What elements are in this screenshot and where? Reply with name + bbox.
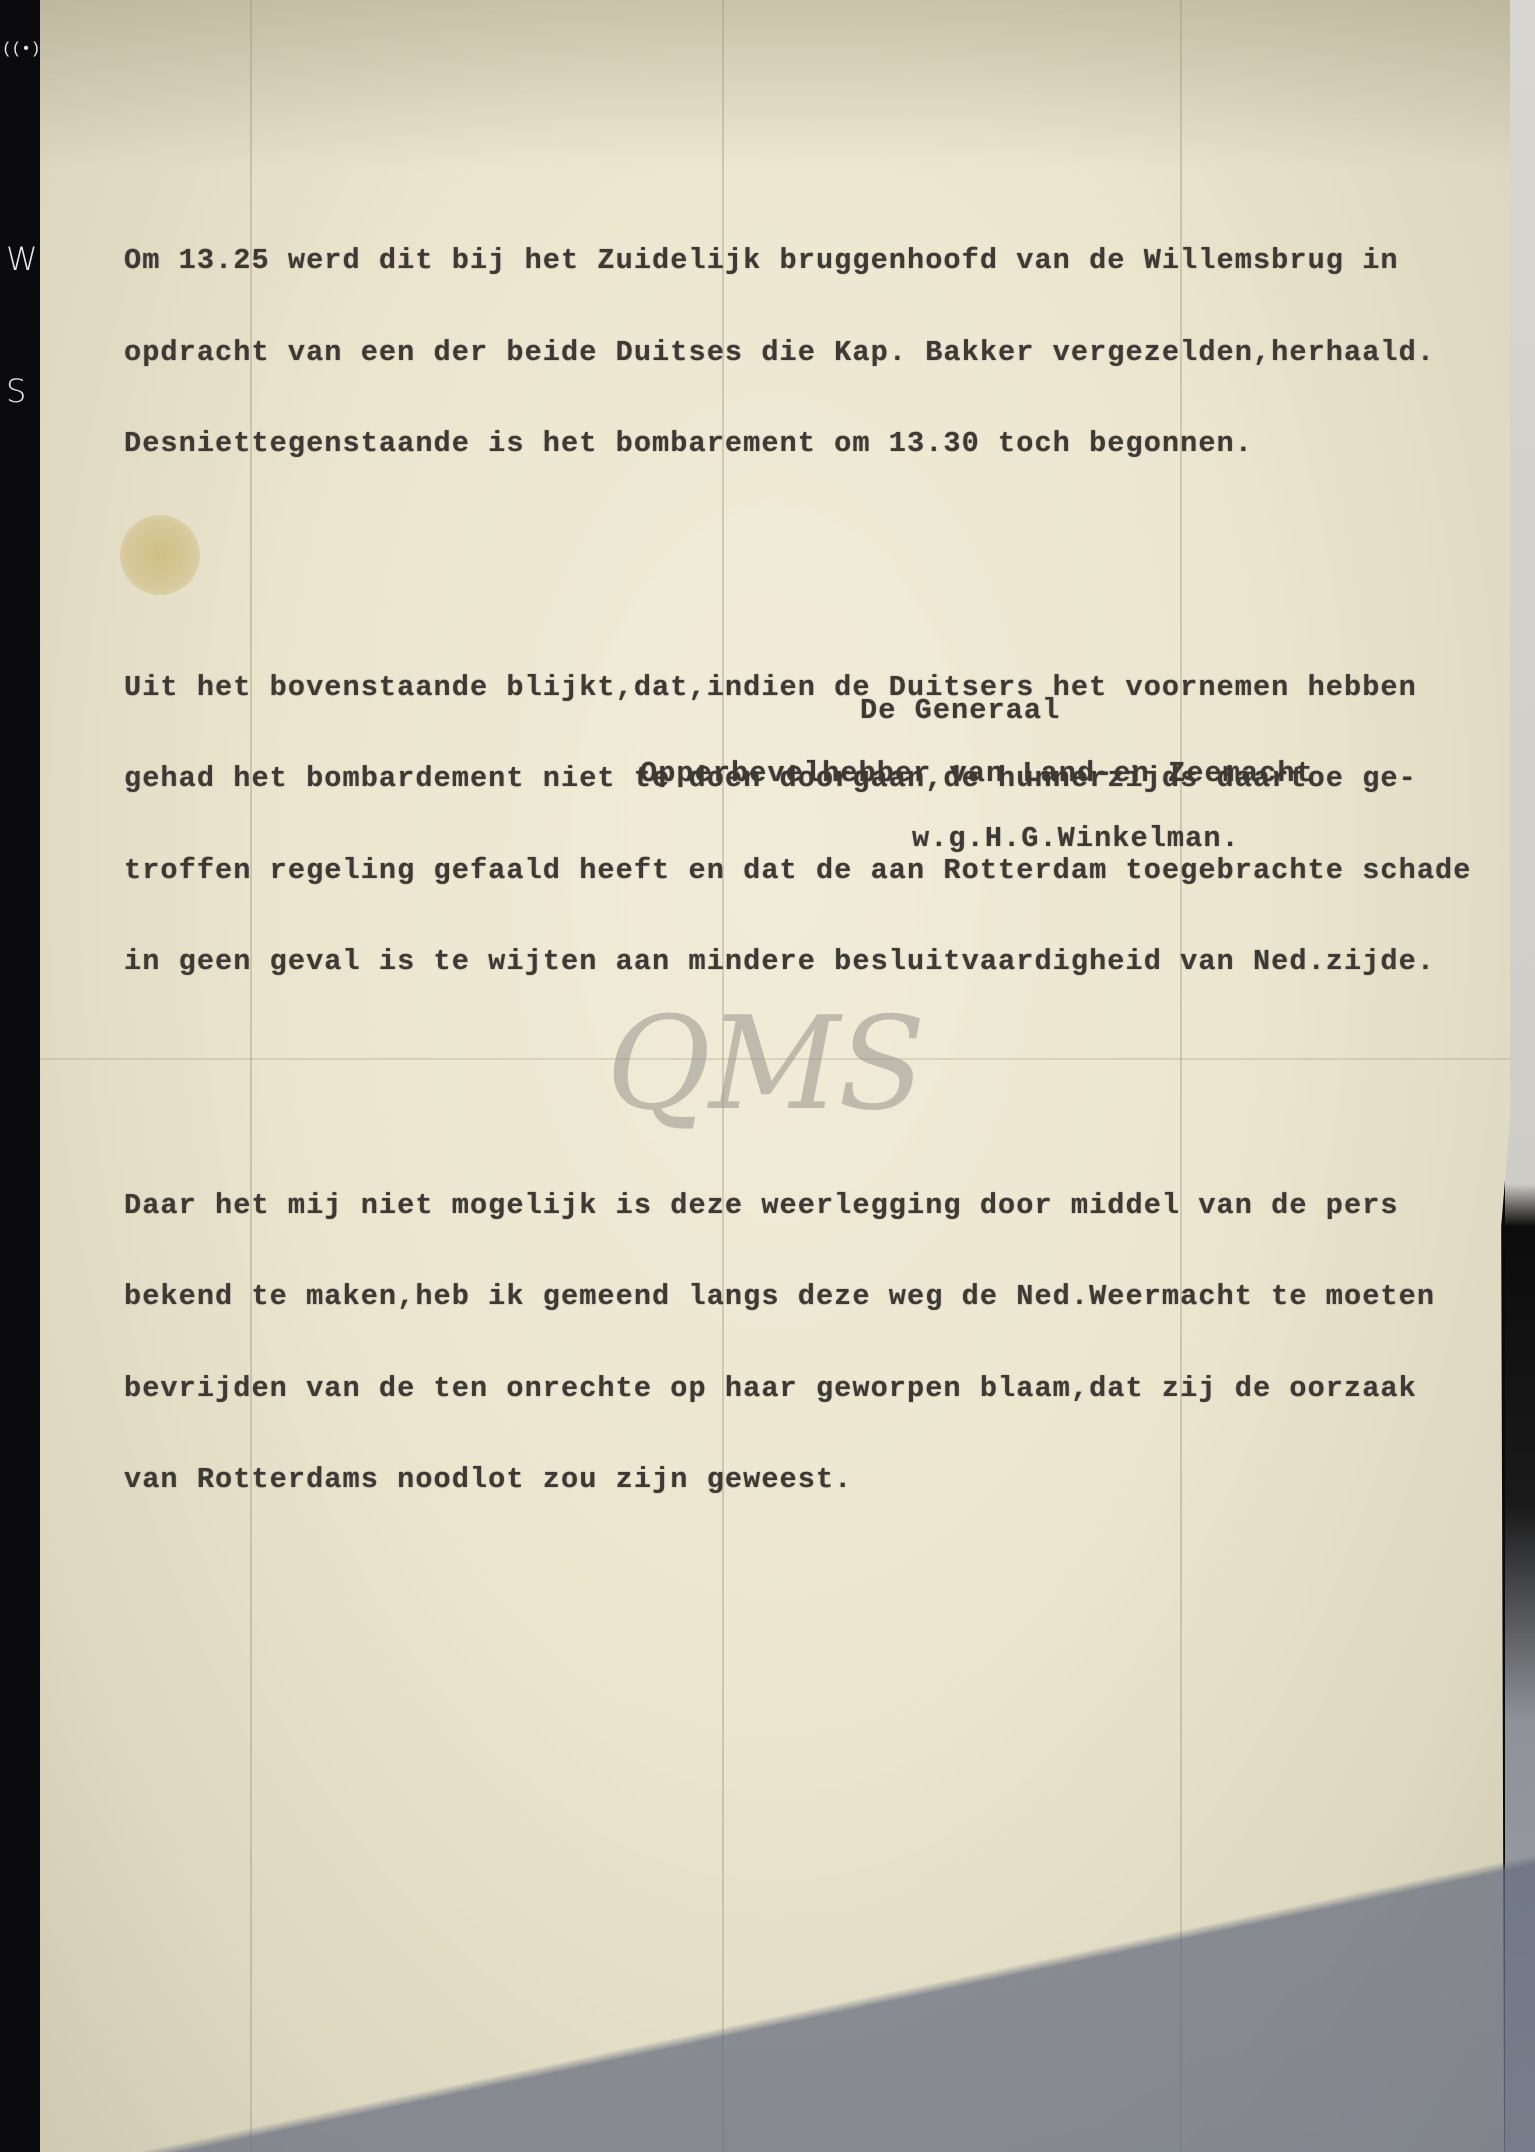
signature-title: De Generaal bbox=[860, 694, 1060, 727]
text-line: Daar het mij niet mogelijk is deze weerl… bbox=[124, 1191, 1524, 1222]
signature-name: w.g.H.G.Winkelman. bbox=[912, 822, 1240, 855]
signature-role: Opperbevelhebber van Land-en Zeemacht bbox=[640, 757, 1314, 790]
text-line: in geen geval is te wijten aan mindere b… bbox=[124, 947, 1524, 978]
text-line: bekend te maken,heb ik gemeend langs dez… bbox=[124, 1282, 1524, 1313]
paragraph-2: Uit het bovenstaande blijkt,dat,indien d… bbox=[124, 612, 1524, 1039]
background-letter: S bbox=[6, 372, 26, 410]
text-line: bevrijden van de ten onrechte op haar ge… bbox=[124, 1374, 1524, 1405]
background-screen: ((•)) W S bbox=[0, 0, 40, 2152]
letter-body: Om 13.25 werd dit bij het Zuidelijk brug… bbox=[124, 124, 1524, 1617]
text-line: opdracht van een der beide Duitses die K… bbox=[124, 338, 1524, 369]
text-line: van Rotterdams noodlot zou zijn geweest. bbox=[124, 1465, 1524, 1496]
watermark: QMS bbox=[606, 990, 924, 1139]
text-line: Om 13.25 werd dit bij het Zuidelijk brug… bbox=[124, 246, 1524, 277]
paragraph-3: Daar het mij niet mogelijk is deze weerl… bbox=[124, 1130, 1524, 1557]
text-line: Desniettegenstaande is het bombarement o… bbox=[124, 429, 1524, 460]
text-line: troffen regeling gefaald heeft en dat de… bbox=[124, 856, 1524, 887]
background-letter: W bbox=[6, 240, 38, 278]
paragraph-1: Om 13.25 werd dit bij het Zuidelijk brug… bbox=[124, 185, 1524, 521]
text-line: Uit het bovenstaande blijkt,dat,indien d… bbox=[124, 673, 1524, 704]
